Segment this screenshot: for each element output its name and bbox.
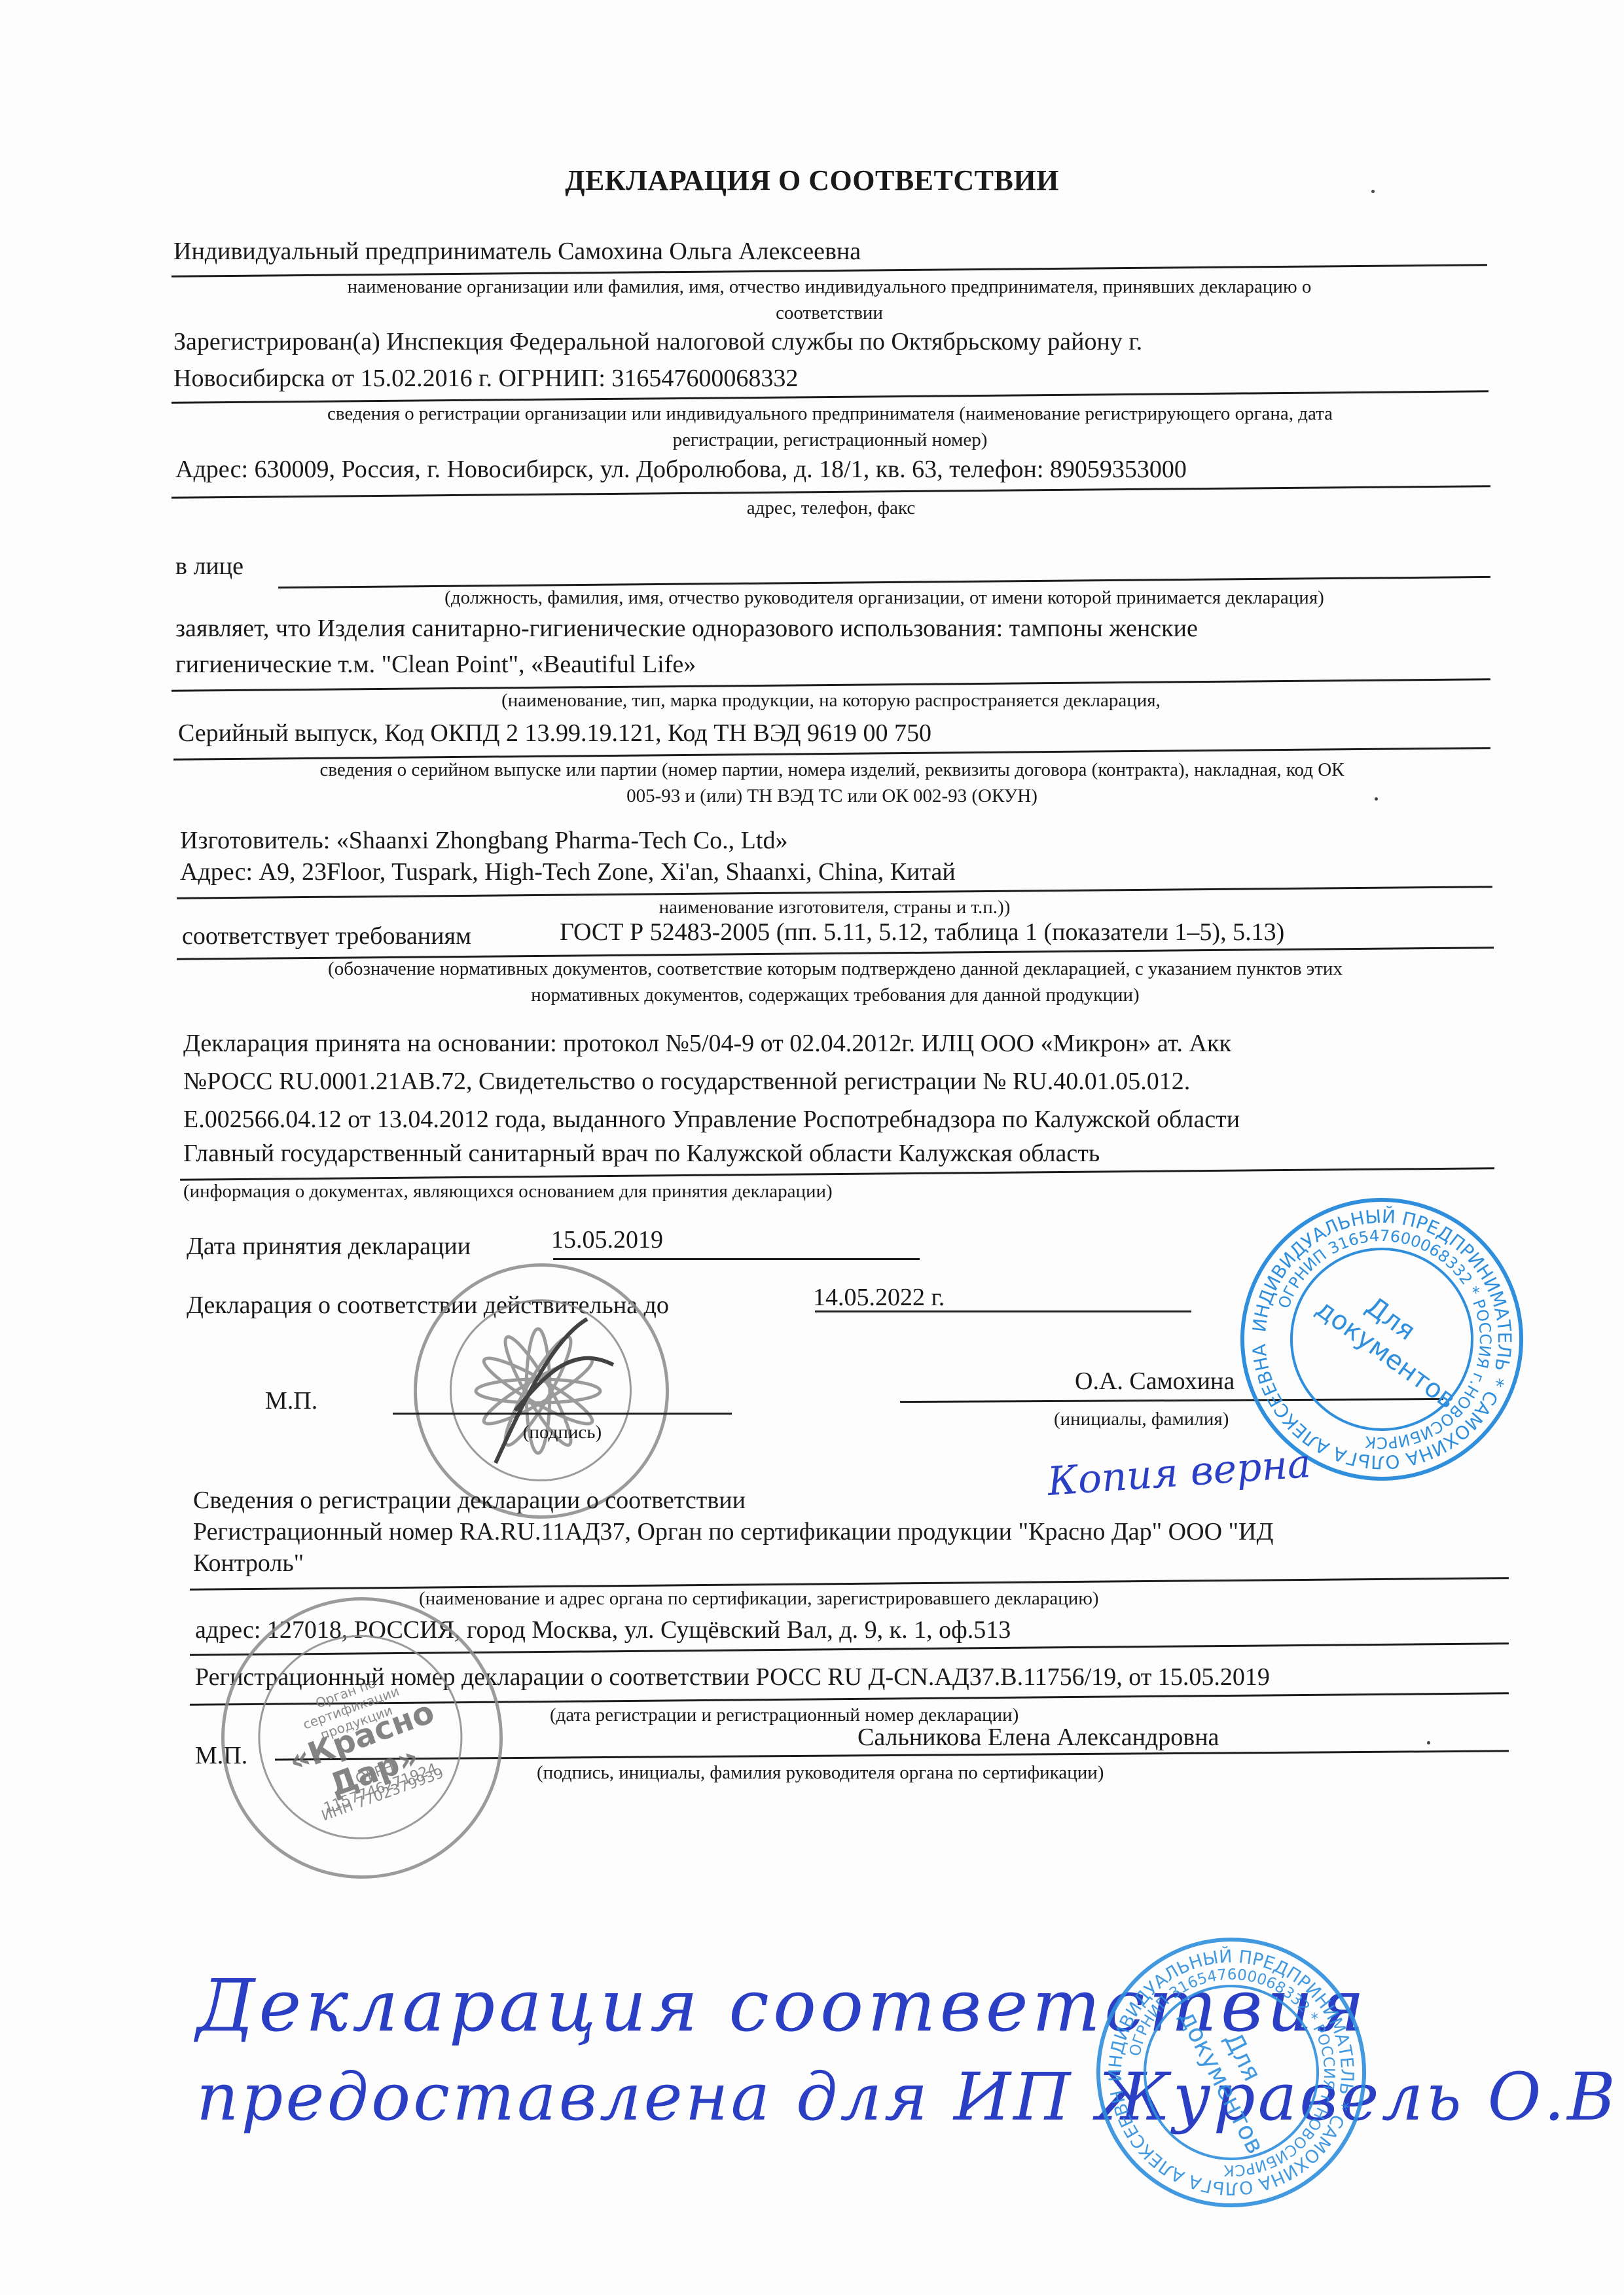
conformity-standard: ГОСТ Р 52483-2005 (пп. 5.11, 5.12, табли… [560,918,1284,947]
applicant-name: Индивидуальный предприниматель Самохина … [173,237,861,266]
handwritten-copy-mark: Копия верна [1046,1441,1312,1505]
signature-underline [393,1413,732,1415]
basis-caption: (информация о документах, являющихся осн… [183,1178,833,1204]
registration-line-1: Зарегистрирован(а) Инспекция Федеральной… [173,327,1142,356]
conformity-caption-1: (обозначение нормативных документов, соо… [177,956,1494,982]
address-caption: адрес, телефон, факс [171,495,1490,521]
product-line-1: заявляет, что Изделия санитарно-гигиенич… [175,614,1198,643]
accepted-date-label: Дата принятия декларации [187,1232,471,1261]
valid-until-underline [815,1310,1191,1312]
signature-caption: (подпись) [393,1419,732,1445]
applicant-address: Адрес: 630009, Россия, г. Новосибирск, у… [175,455,1187,484]
conformity-caption-2: нормативных документов, содержащих требо… [177,982,1494,1008]
signatory-name: О.А. Самохина [1075,1367,1235,1396]
representative-caption: (должность, фамилия, имя, отчество руков… [278,585,1490,611]
manufacturer-address: Адрес: A9, 23Floor, Tuspark, High-Tech Z… [180,858,956,886]
registration-caption-2: регистрации, регистрационный номер) [171,427,1489,453]
seal-placeholder-label: М.П. [265,1386,317,1415]
registration-line-2: Новосибирска от 15.02.2016 г. ОГРНИП: 31… [173,364,798,393]
basis-line-3: Е.002566.04.12 от 13.04.2012 года, выдан… [183,1105,1240,1134]
cert-body-line-2: Контроль" [193,1549,304,1578]
cert-body-caption: (наименование и адрес органа по сертифик… [419,1585,1099,1612]
serial-caption-1: сведения о серийном выпуске или партии (… [173,757,1490,783]
basis-line-4: Главный государственный санитарный врач … [183,1139,1100,1168]
basis-line-1: Декларация принята на основании: протоко… [183,1029,1231,1058]
cert-body-line-1: Регистрационный номер RA.RU.11АД37, Орга… [193,1517,1273,1546]
accepted-date-underline [553,1258,920,1260]
ip-blue-stamp-bottom: ИНДИВИДУАЛЬНЫЙ ПРЕДПРИНИМАТЕЛЬ * САМОХИН… [1072,1913,1392,2233]
document-title: ДЕКЛАРАЦИЯ О СООТВЕТСТВИИ [0,164,1624,197]
manufacturer-caption: наименование изготовителя, страны и т.п.… [177,894,1492,920]
conformity-label: соответствует требованиям [182,922,471,950]
cert-head-name: Сальникова Елена Александровна [857,1723,1219,1752]
registration-caption-1: сведения о регистрации организации или и… [171,401,1489,427]
scan-speck [1371,190,1375,193]
product-line-2: гигиенические т.м. "Clean Point", «Beaut… [175,650,696,679]
applicant-seal-stamp [414,1263,669,1519]
applicant-caption-1: наименование организации или фамилия, им… [171,274,1487,300]
basis-line-2: №РОСС RU.0001.21АВ.72, Свидетельство о г… [183,1067,1190,1096]
handwritten-note-line-2: предоставлена для ИП Журавель О.В [196,2059,1618,2135]
valid-until-value: 14.05.2022 г. [813,1283,945,1312]
cert-body-seal-stamp: «Красно Дар» ОГРН 1157746271924 ИНН 7702… [181,1557,542,1918]
scan-speck [1375,797,1378,801]
manufacturer-name: Изготовитель: «Shaanxi Zhongbang Pharma-… [180,826,787,855]
serial-info: Серийный выпуск, Код ОКПД 2 13.99.19.121… [178,719,931,748]
applicant-caption-2: соответствии [171,300,1487,326]
accepted-date-value: 15.05.2019 [551,1225,663,1254]
representative-label: в лице [175,552,244,581]
cert-head-caption: (подпись, инициалы, фамилия руководителя… [537,1760,1104,1786]
cert-body-heading: Сведения о регистрации декларации о соот… [193,1486,746,1515]
seal-flower-icon [417,1267,666,1515]
signatory-caption: (инициалы, фамилия) [1054,1406,1229,1432]
scan-speck [1427,1741,1430,1744]
serial-caption-2: 005-93 и (или) ТН ВЭД ТС или ОК 002-93 (… [173,783,1490,809]
product-caption: (наименование, тип, марка продукции, на … [171,687,1490,714]
